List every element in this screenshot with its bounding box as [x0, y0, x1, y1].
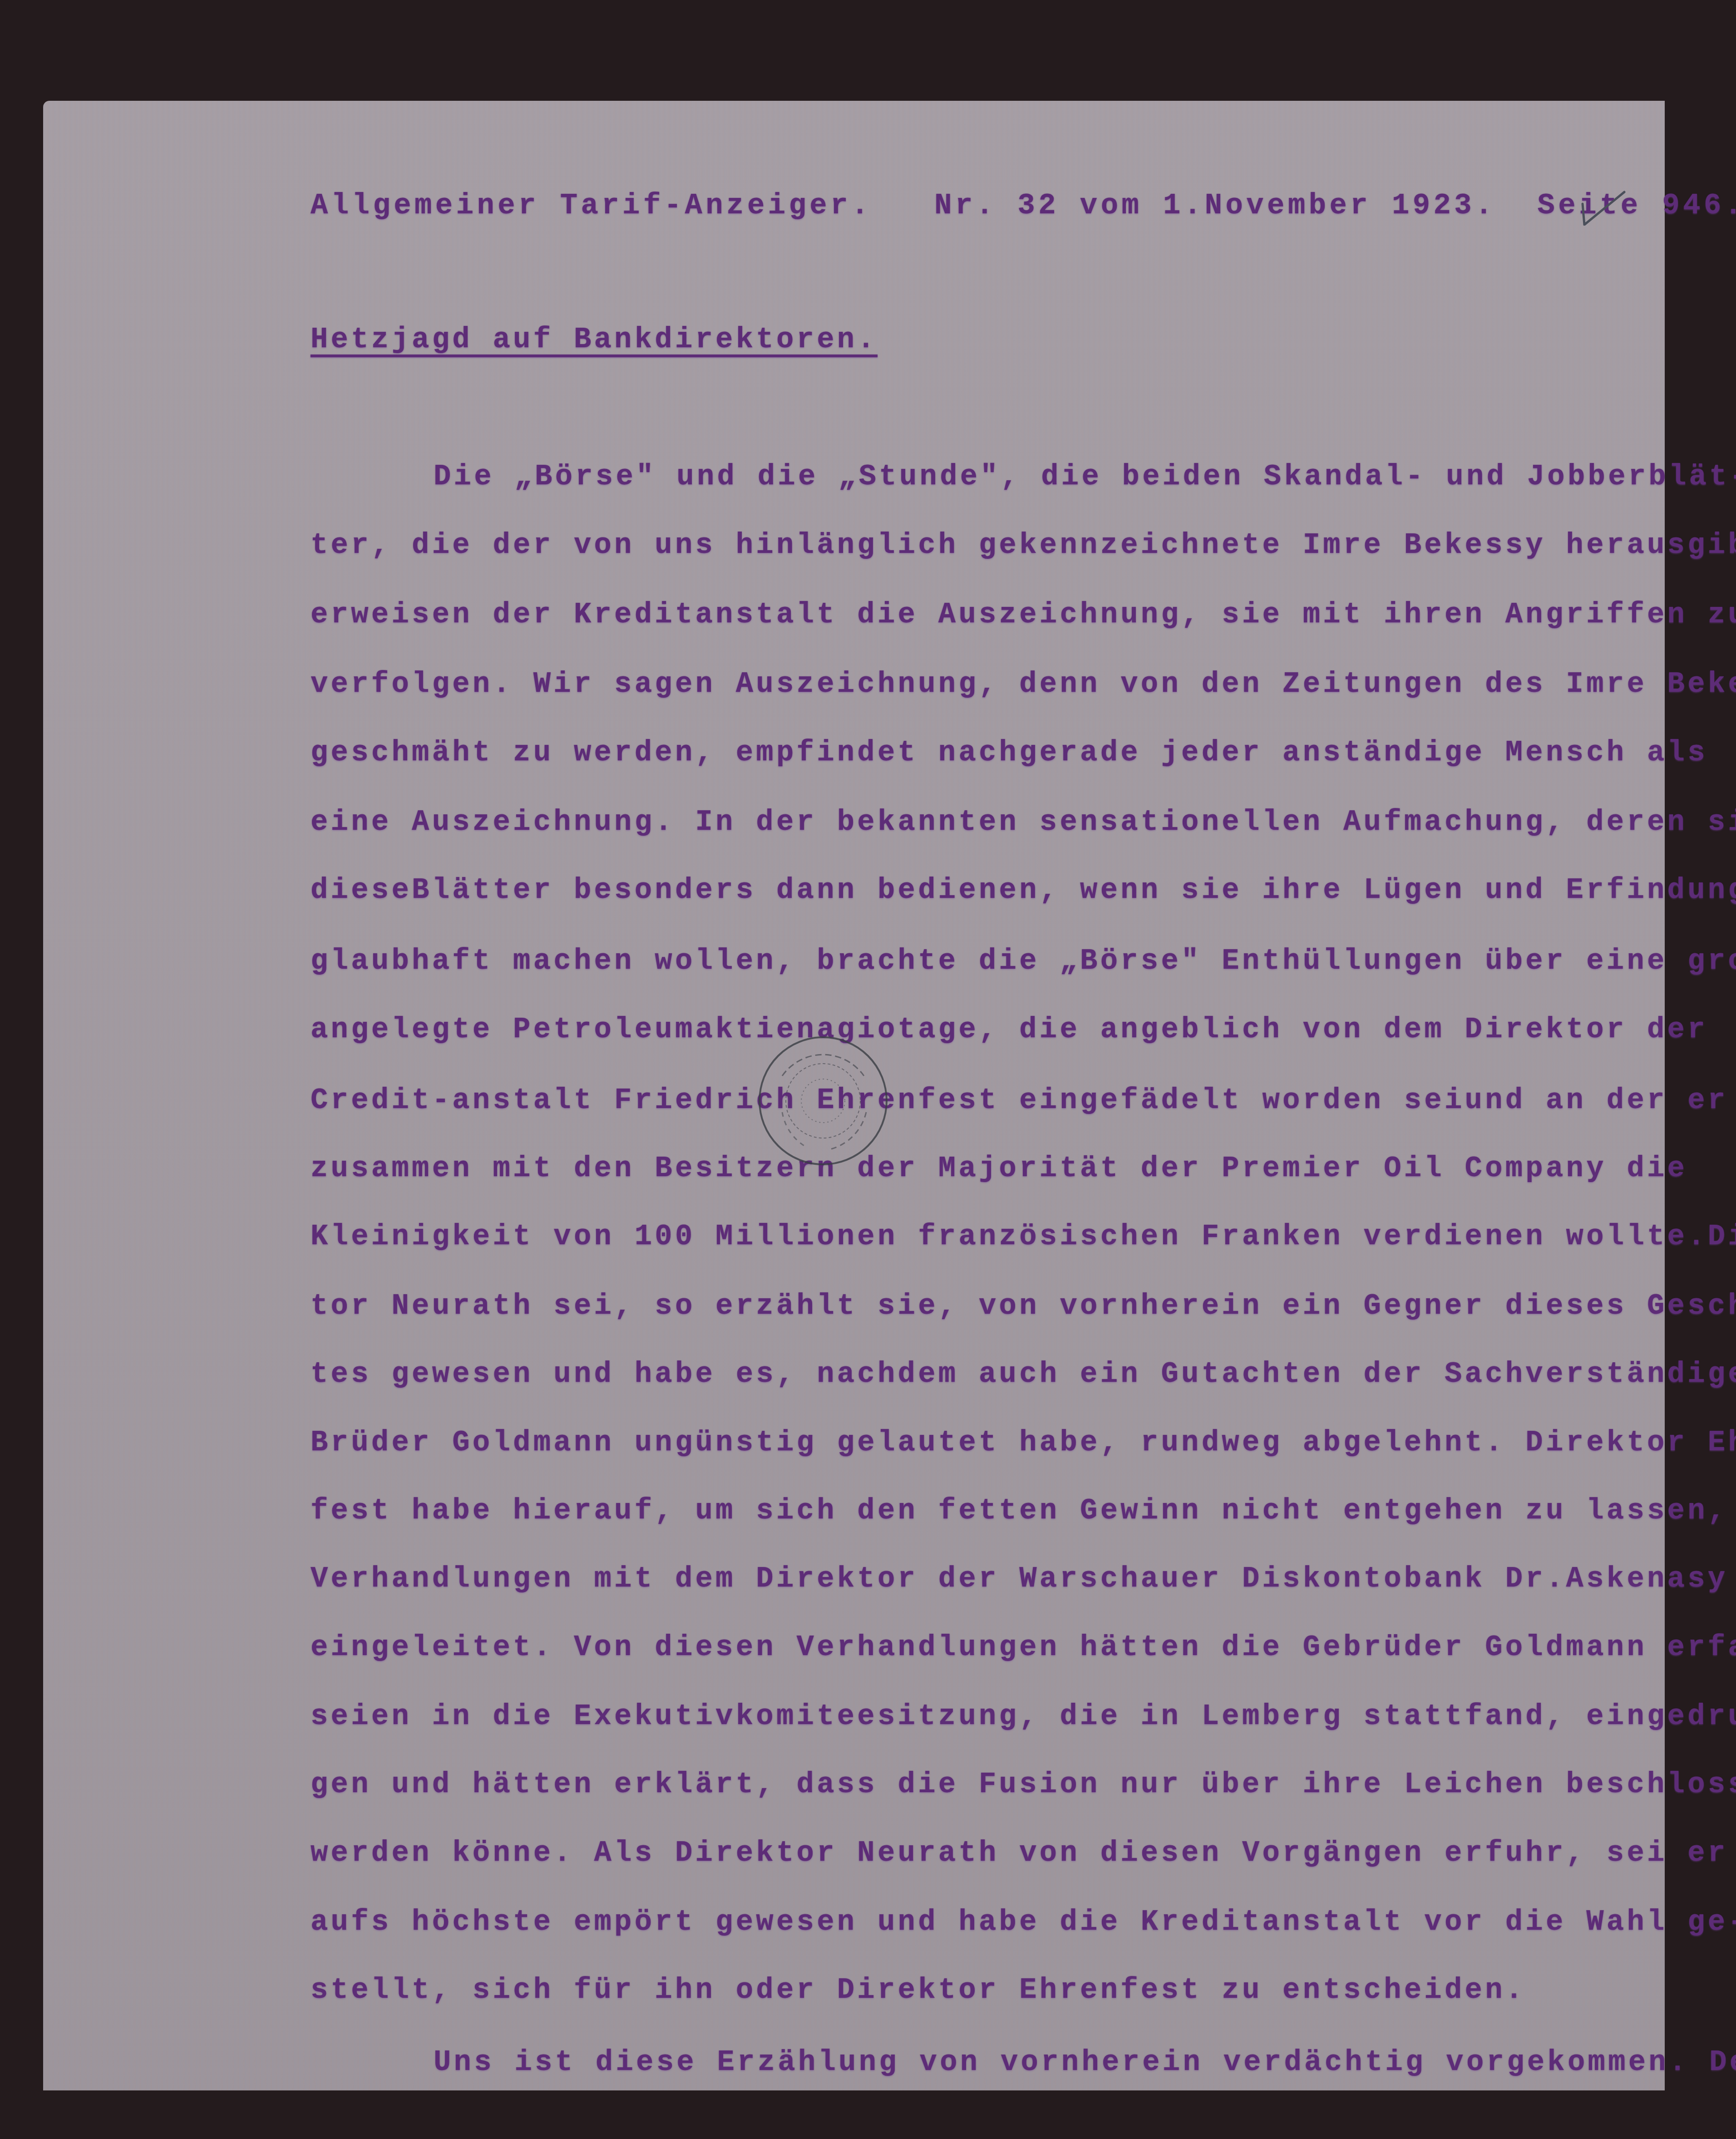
body-line: Verhandlungen mit dem Direktor der Warsc… — [311, 1565, 1728, 1594]
body-line: eine Auszeichnung. In der bekannten sens… — [311, 808, 1736, 837]
body-line: Credit-anstalt Friedrich Ehrenfest einge… — [311, 1086, 1728, 1115]
body-line: werden könne. Als Direktor Neurath von d… — [311, 1839, 1728, 1868]
body-line: geschmäht zu werden, empfindet nachgerad… — [311, 739, 1708, 768]
body-line: angelegte Petroleumaktienagiotage, die a… — [311, 1015, 1708, 1045]
body-line: Uns ist diese Erzählung von vornherein v… — [434, 2048, 1736, 2077]
article-title: Hetzjagd auf Bankdirektoren. — [311, 325, 878, 355]
body-line: Die „Börse" und die „Stunde", die beiden… — [434, 463, 1736, 492]
library-stamp-icon — [755, 1033, 891, 1169]
body-line: zusammen mit den Besitzern der Majorität… — [311, 1154, 1687, 1183]
body-line: dieseBlätter besonders dann bedienen, we… — [311, 876, 1736, 905]
body-line: seien in die Exekutivkomiteesitzung, die… — [311, 1702, 1736, 1731]
body-line: erweisen der Kreditanstalt die Auszeichn… — [311, 601, 1736, 630]
body-line: glaubhaft machen wollen, brachte die „Bö… — [311, 947, 1736, 976]
page-header: Allgemeiner Tarif-Anzeiger. Nr. 32 vom 1… — [311, 192, 1736, 221]
body-line: stellt, sich für ihn oder Direktor Ehren… — [311, 1976, 1525, 2005]
body-line: verfolgen. Wir sagen Auszeichnung, denn … — [311, 670, 1736, 699]
body-line: Kleinigkeit von 100 Millionen französisc… — [311, 1222, 1736, 1252]
check-mark-icon — [1579, 189, 1629, 226]
body-line: aufs höchste empört gewesen und habe die… — [311, 1908, 1736, 1937]
body-line: tes gewesen und habe es, nachdem auch ei… — [311, 1360, 1736, 1389]
document-page: Allgemeiner Tarif-Anzeiger. Nr. 32 vom 1… — [43, 101, 1665, 2090]
body-line: tor Neurath sei, so erzählt sie, von vor… — [311, 1292, 1736, 1321]
body-line: eingeleitet. Von diesen Verhandlungen hä… — [311, 1633, 1736, 1662]
body-line: Brüder Goldmann ungünstig gelautet habe,… — [311, 1429, 1736, 1458]
body-line: gen und hätten erklärt, dass die Fusion … — [311, 1770, 1736, 1799]
body-line: fest habe hierauf, um sich den fetten Ge… — [311, 1497, 1728, 1526]
body-line: ter, die der von uns hinlänglich gekennz… — [311, 531, 1736, 560]
